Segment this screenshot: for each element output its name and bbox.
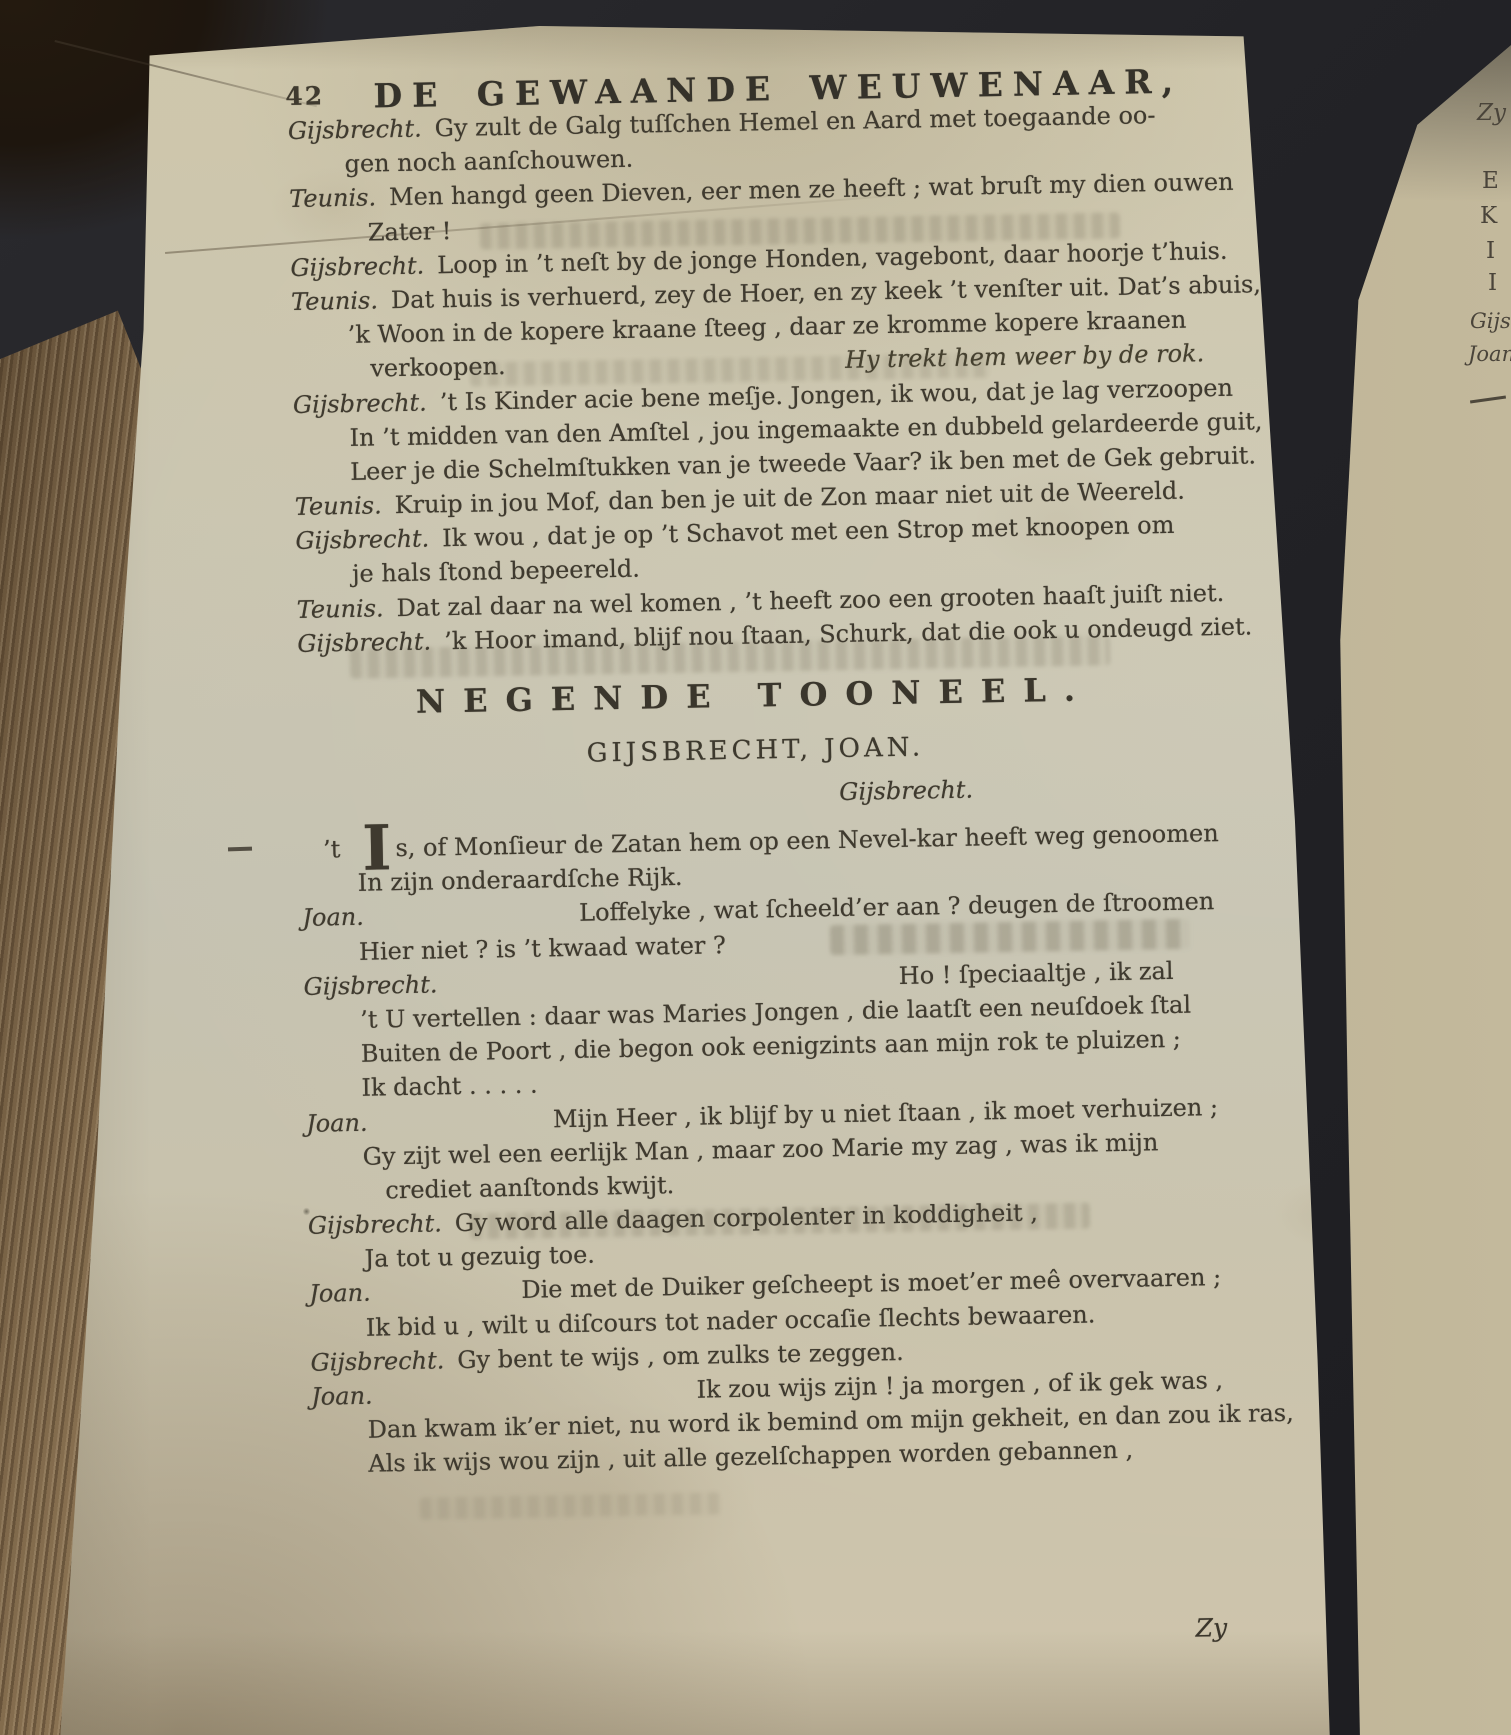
speaker-name: Gijsbrecht. bbox=[303, 967, 437, 1004]
dialogue-text: verkoopen. bbox=[370, 349, 506, 386]
facing-page-fragment: K bbox=[1480, 203, 1497, 229]
facing-page-fragment: Zy bbox=[1477, 100, 1506, 126]
speaker-name: Teunis. bbox=[291, 286, 378, 316]
printed-page-content: 42 DE GEWAANDE WEUWENAAR, Gijsbrecht.Gy … bbox=[287, 61, 1229, 1697]
speaker-name: Gijsbrecht. bbox=[310, 1346, 444, 1376]
centered-speaker: Gijsbrecht. bbox=[300, 770, 1212, 817]
dialogue-text: Ho ! ſpeciaaltje , ik zal bbox=[898, 954, 1173, 993]
scene-characters: GIJSBRECHT, JOAN. bbox=[299, 724, 1212, 777]
dialogue-text: Zater ! bbox=[368, 217, 452, 247]
speaker-name: Joan. bbox=[309, 1276, 371, 1311]
speaker-name: Gijsbrecht. bbox=[288, 115, 422, 145]
catchword: Zy bbox=[1195, 1613, 1227, 1643]
facing-page-fragment: E bbox=[1482, 168, 1499, 194]
facing-page-fragment: I bbox=[1488, 270, 1497, 296]
page-number: 42 bbox=[285, 81, 324, 111]
speaker-name: Gijsbrecht. bbox=[308, 1209, 442, 1239]
dialogue-text: Ik dacht . . . . . bbox=[361, 1071, 538, 1102]
speaker-name: Gijsbrecht. bbox=[295, 525, 429, 555]
dialogue-text: gen noch aanſchouwen. bbox=[344, 145, 633, 178]
dialogue-text: je hals ſtond bepeereld. bbox=[352, 555, 640, 588]
facing-page-fragment: Joan bbox=[1468, 342, 1511, 366]
speaker-name: Teunis. bbox=[295, 491, 382, 521]
speaker-name: Joan. bbox=[306, 1105, 368, 1140]
facing-page-fragment: I bbox=[1486, 238, 1495, 264]
dialogue-text: ’t bbox=[323, 835, 341, 863]
speaker-name: Joan. bbox=[302, 900, 364, 935]
dialogue-text: Ja tot u gezuig toe. bbox=[364, 1241, 595, 1273]
scene-heading: NEGENDE TOONEEL. bbox=[298, 664, 1211, 727]
facing-page-fragment: Gijs bbox=[1470, 309, 1511, 333]
dialogue-text: Hier niet ? is ’t kwaad water ? bbox=[359, 931, 726, 966]
dialogue-text: crediet aanſtonds kwijt. bbox=[385, 1171, 674, 1204]
speaker-name: Gijsbrecht. bbox=[297, 627, 431, 657]
speaker-name: Teunis. bbox=[296, 594, 383, 624]
speaker-name: Joan. bbox=[311, 1379, 373, 1414]
book-photo: 42 DE GEWAANDE WEUWENAAR, Gijsbrecht.Gy … bbox=[0, 0, 1511, 1735]
speaker-name: Teunis. bbox=[289, 184, 376, 214]
dialogue-text: In zijn onderaardſche Rijk. bbox=[358, 863, 683, 897]
dialogue-text: Gy bent te wijs , om zulks te zeggen. bbox=[457, 1338, 904, 1374]
speaker-name: Gijsbrecht. bbox=[290, 251, 424, 281]
speaker-name: Gijsbrecht. bbox=[293, 388, 427, 418]
